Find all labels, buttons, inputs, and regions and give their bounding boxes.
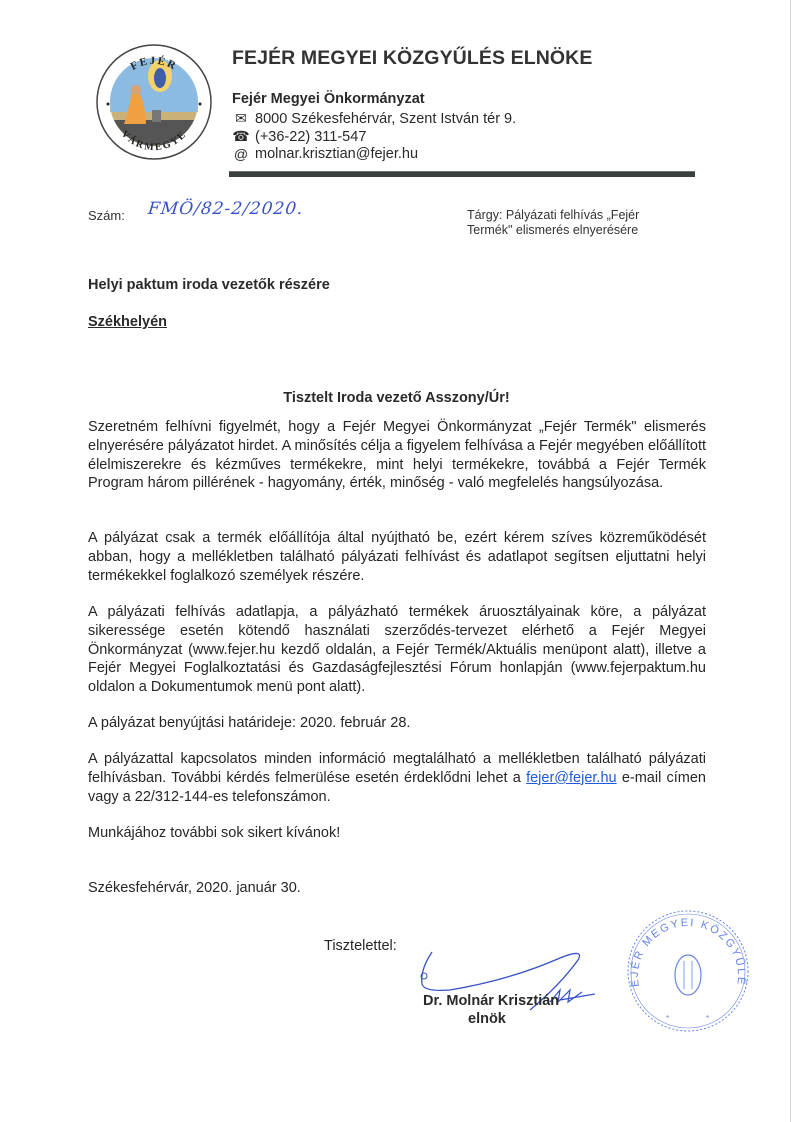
addressee: Helyi paktum iroda vezetők részére	[88, 277, 330, 293]
body-paragraph-2: A pályázat csak a termék előállítója ált…	[88, 529, 706, 585]
header-divider	[229, 171, 695, 177]
place-and-date: Székesfehérvár, 2020. január 30.	[88, 880, 301, 896]
reference-number: FMÖ/82-2/2020.	[147, 199, 305, 219]
envelope-icon: ✉	[232, 110, 250, 127]
address-text: 8000 Székesfehérvár, Szent István tér 9.	[255, 111, 516, 127]
letterhead-title: FEJÉR MEGYEI KÖZGYŰLÉS ELNÖKE	[232, 47, 592, 70]
subject-line-2: Termék" elismerés elnyerésére	[467, 223, 639, 238]
at-icon: @	[232, 146, 250, 162]
telephone-icon: ☎	[232, 128, 250, 145]
email-text[interactable]: molnar.krisztian@fejer.hu	[255, 146, 418, 162]
body-paragraph-1: Szeretném felhívni figyelmét, hogy a Fej…	[88, 418, 706, 493]
svg-text:*: *	[666, 1014, 669, 1023]
svg-text:FEJÉR MEGYEI KÖZGYŰLÉS: FEJÉR MEGYEI KÖZGYŰLÉS	[618, 905, 748, 988]
subject-line-1: Tárgy: Pályázati felhívás „Fejér	[467, 208, 639, 223]
official-stamp-icon: FEJÉR MEGYEI KÖZGYŰLÉS * *	[618, 905, 758, 1035]
signer-title: elnök	[468, 1011, 506, 1027]
body-paragraph-3: A pályázati felhívás adatlapja, a pályáz…	[88, 603, 706, 697]
closing-wish: Munkájához további sok sikert kívánok!	[88, 824, 706, 843]
subject: Tárgy: Pályázati felhívás „Fejér Termék"…	[467, 208, 639, 238]
organization-name: Fejér Megyei Önkormányzat	[232, 91, 425, 107]
contact-email: @ molnar.krisztian@fejer.hu	[232, 146, 418, 162]
salutation: Tisztelt Iroda vezető Asszony/Úr!	[0, 390, 793, 406]
contact-address: ✉ 8000 Székesfehérvár, Szent István tér …	[232, 110, 516, 127]
contact-paragraph: A pályázattal kapcsolatos minden informá…	[88, 750, 706, 806]
email-link[interactable]: fejer@fejer.hu	[526, 770, 617, 786]
addressee-location: Székhelyén	[88, 314, 167, 330]
closing-phrase: Tisztelettel:	[324, 938, 397, 954]
county-coat-of-arms-icon: FEJÉR VÁRMEGYE	[94, 42, 214, 162]
svg-text:*: *	[706, 1014, 709, 1023]
signer-name: Dr. Molnár Krisztián	[423, 993, 559, 1009]
deadline-paragraph: A pályázat benyújtási határideje: 2020. …	[88, 714, 706, 733]
phone-text: (+36-22) 311-547	[255, 129, 366, 145]
reference-label: Szám:	[88, 208, 125, 223]
page-edge	[790, 0, 791, 1122]
contact-phone: ☎ (+36-22) 311-547	[232, 128, 366, 145]
